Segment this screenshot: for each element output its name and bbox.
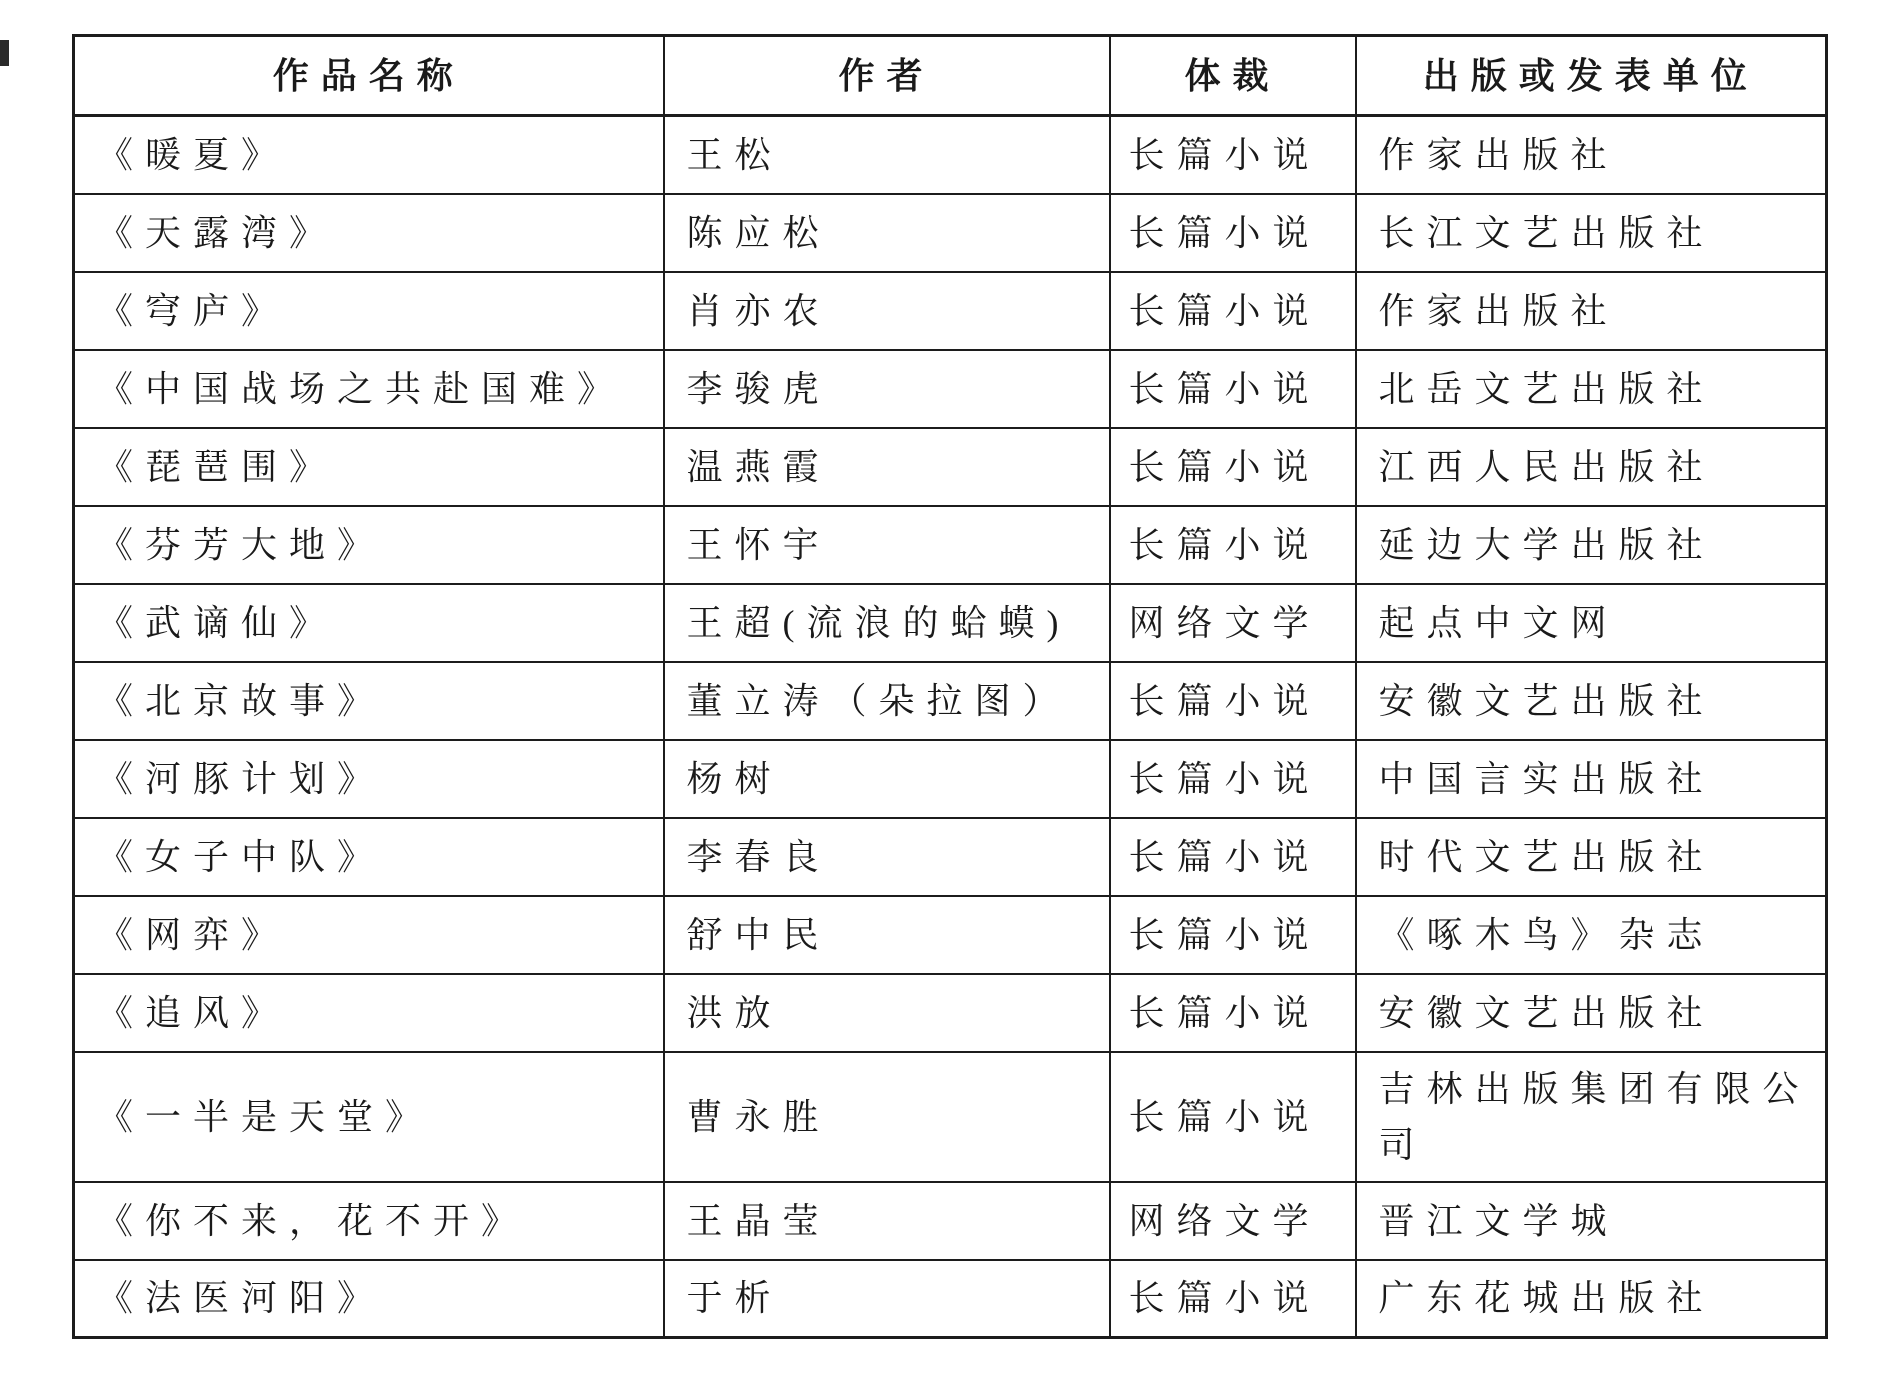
cell-publisher: 起点中文网 [1356, 584, 1827, 662]
table-body: 《暖夏》 王松 长篇小说 作家出版社 《天露湾》 陈应松 长篇小说 长江文艺出版… [74, 116, 1827, 1338]
cell-work-title: 《追风》 [74, 974, 664, 1052]
cell-author: 曹永胜 [664, 1052, 1110, 1182]
table-row: 《追风》 洪放 长篇小说 安徽文艺出版社 [74, 974, 1827, 1052]
cell-work-title: 《琵琶围》 [74, 428, 664, 506]
cell-publisher: 晋江文学城 [1356, 1182, 1827, 1260]
cell-author: 肖亦农 [664, 272, 1110, 350]
table-row: 《一半是天堂》 曹永胜 长篇小说 吉林出版集团有限公司 [74, 1052, 1827, 1182]
cell-author: 王超(流浪的蛤蟆) [664, 584, 1110, 662]
cell-publisher: 广东花城出版社 [1356, 1260, 1827, 1338]
cell-genre: 长篇小说 [1110, 428, 1356, 506]
cell-genre: 网络文学 [1110, 584, 1356, 662]
cell-genre: 长篇小说 [1110, 272, 1356, 350]
table-row: 《穹庐》 肖亦农 长篇小说 作家出版社 [74, 272, 1827, 350]
cell-publisher: 作家出版社 [1356, 272, 1827, 350]
cell-publisher: 长江文艺出版社 [1356, 194, 1827, 272]
table-row: 《网弈》 舒中民 长篇小说 《啄木鸟》杂志 [74, 896, 1827, 974]
cell-author: 李春良 [664, 818, 1110, 896]
cell-genre: 长篇小说 [1110, 116, 1356, 194]
cell-author: 杨树 [664, 740, 1110, 818]
cell-genre: 长篇小说 [1110, 506, 1356, 584]
cell-author: 董立涛（朵拉图） [664, 662, 1110, 740]
table-row: 《北京故事》 董立涛（朵拉图） 长篇小说 安徽文艺出版社 [74, 662, 1827, 740]
cell-author: 舒中民 [664, 896, 1110, 974]
column-header-publisher: 出版或发表单位 [1356, 36, 1827, 116]
column-header-author: 作者 [664, 36, 1110, 116]
cell-genre: 长篇小说 [1110, 974, 1356, 1052]
cell-genre: 长篇小说 [1110, 1052, 1356, 1182]
table-row: 《女子中队》 李春良 长篇小说 时代文艺出版社 [74, 818, 1827, 896]
cell-work-title: 《暖夏》 [74, 116, 664, 194]
cell-publisher: 中国言实出版社 [1356, 740, 1827, 818]
cell-genre: 长篇小说 [1110, 818, 1356, 896]
table-row: 《法医河阳》 于析 长篇小说 广东花城出版社 [74, 1260, 1827, 1338]
cell-publisher: 吉林出版集团有限公司 [1356, 1052, 1827, 1182]
cell-publisher: 江西人民出版社 [1356, 428, 1827, 506]
cell-author: 王松 [664, 116, 1110, 194]
cell-genre: 长篇小说 [1110, 740, 1356, 818]
table-row: 《河豚计划》 杨树 长篇小说 中国言实出版社 [74, 740, 1827, 818]
cell-work-title: 《一半是天堂》 [74, 1052, 664, 1182]
table-row: 《暖夏》 王松 长篇小说 作家出版社 [74, 116, 1827, 194]
cell-publisher: 北岳文艺出版社 [1356, 350, 1827, 428]
cell-work-title: 《法医河阳》 [74, 1260, 664, 1338]
cell-work-title: 《你不来，花不开》 [74, 1182, 664, 1260]
cell-publisher: 安徽文艺出版社 [1356, 974, 1827, 1052]
table-row: 《你不来，花不开》 王晶莹 网络文学 晋江文学城 [74, 1182, 1827, 1260]
table-row: 《芬芳大地》 王怀宇 长篇小说 延边大学出版社 [74, 506, 1827, 584]
table-row: 《天露湾》 陈应松 长篇小说 长江文艺出版社 [74, 194, 1827, 272]
cell-author: 陈应松 [664, 194, 1110, 272]
cell-author: 温燕霞 [664, 428, 1110, 506]
cell-publisher: 《啄木鸟》杂志 [1356, 896, 1827, 974]
cell-genre: 长篇小说 [1110, 662, 1356, 740]
cell-genre: 长篇小说 [1110, 1260, 1356, 1338]
cell-author: 洪放 [664, 974, 1110, 1052]
cell-author: 李骏虎 [664, 350, 1110, 428]
table-row: 《琵琶围》 温燕霞 长篇小说 江西人民出版社 [74, 428, 1827, 506]
scan-artifact [0, 40, 9, 66]
cell-genre: 长篇小说 [1110, 896, 1356, 974]
cell-work-title: 《芬芳大地》 [74, 506, 664, 584]
cell-author: 王晶莹 [664, 1182, 1110, 1260]
cell-publisher: 时代文艺出版社 [1356, 818, 1827, 896]
cell-work-title: 《女子中队》 [74, 818, 664, 896]
cell-genre: 网络文学 [1110, 1182, 1356, 1260]
cell-author: 王怀宇 [664, 506, 1110, 584]
cell-genre: 长篇小说 [1110, 350, 1356, 428]
cell-publisher: 延边大学出版社 [1356, 506, 1827, 584]
cell-work-title: 《中国战场之共赴国难》 [74, 350, 664, 428]
table-header: 作品名称 作者 体裁 出版或发表单位 [74, 36, 1827, 116]
cell-publisher: 安徽文艺出版社 [1356, 662, 1827, 740]
cell-author: 于析 [664, 1260, 1110, 1338]
table-row: 《武谪仙》 王超(流浪的蛤蟆) 网络文学 起点中文网 [74, 584, 1827, 662]
table-row: 《中国战场之共赴国难》 李骏虎 长篇小说 北岳文艺出版社 [74, 350, 1827, 428]
cell-genre: 长篇小说 [1110, 194, 1356, 272]
cell-work-title: 《河豚计划》 [74, 740, 664, 818]
cell-work-title: 《天露湾》 [74, 194, 664, 272]
column-header-genre: 体裁 [1110, 36, 1356, 116]
document-page: 作品名称 作者 体裁 出版或发表单位 《暖夏》 王松 长篇小说 作家出版社 《天… [0, 0, 1891, 1393]
works-table: 作品名称 作者 体裁 出版或发表单位 《暖夏》 王松 长篇小说 作家出版社 《天… [72, 34, 1828, 1339]
column-header-work-title: 作品名称 [74, 36, 664, 116]
cell-publisher: 作家出版社 [1356, 116, 1827, 194]
cell-work-title: 《武谪仙》 [74, 584, 664, 662]
header-row: 作品名称 作者 体裁 出版或发表单位 [74, 36, 1827, 116]
cell-work-title: 《网弈》 [74, 896, 664, 974]
cell-work-title: 《北京故事》 [74, 662, 664, 740]
cell-work-title: 《穹庐》 [74, 272, 664, 350]
